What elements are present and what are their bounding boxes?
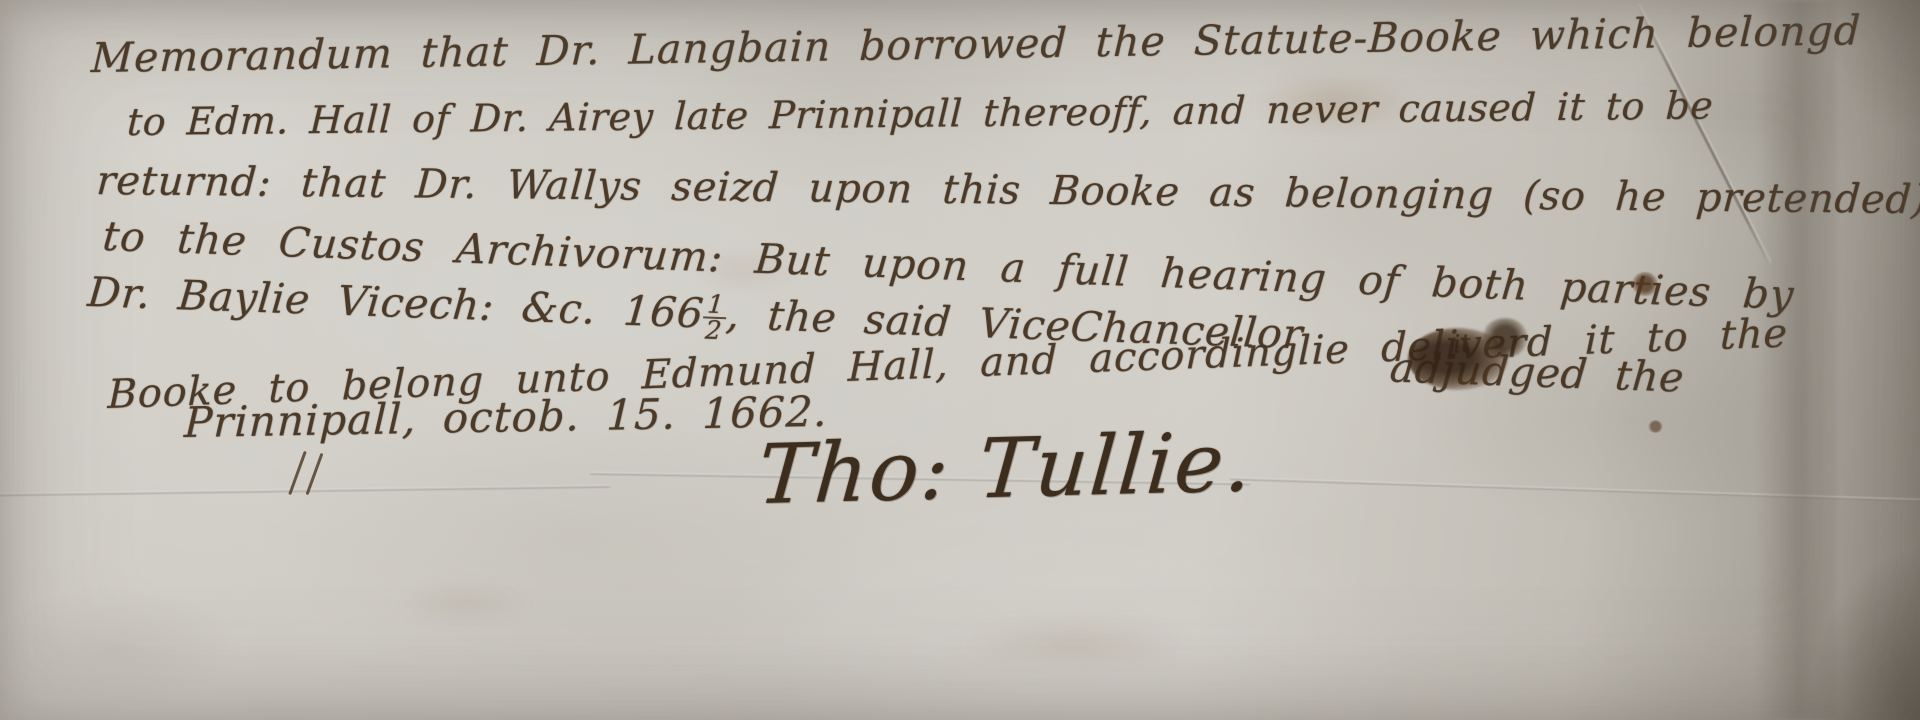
ink-blot-lobe (1482, 318, 1528, 358)
line-5-text: Dr. Baylie Vicech: &c. 166 (86, 268, 706, 337)
manuscript-photo: Memorandum that Dr. Langbain borrowed th… (0, 0, 1920, 720)
dark-corner-top-right (1826, 0, 1920, 130)
fraction-denominator: 2 (701, 318, 726, 341)
faint-stain-bottom-left (400, 584, 530, 622)
ink-spot-right-lower (1648, 420, 1663, 433)
signature: Tho: Tullie. (755, 415, 1258, 523)
manuscript-line-1: Memorandum that Dr. Langbain borrowed th… (90, 6, 1862, 82)
manuscript-line-3: returnd: that Dr. Wallys seizd upon this… (95, 158, 1920, 223)
manuscript-date-line: Prinnipall, octob. 15. 1662. (183, 387, 828, 447)
manuscript-line-2: to Edm. Hall of Dr. Airey late Prinnipal… (126, 83, 1714, 144)
crease-horizontal-left (0, 485, 610, 497)
dark-corner-bottom-right (1810, 550, 1920, 720)
ink-spot-right-upper (1632, 272, 1658, 296)
faint-stain-bottom-center (960, 618, 1190, 670)
